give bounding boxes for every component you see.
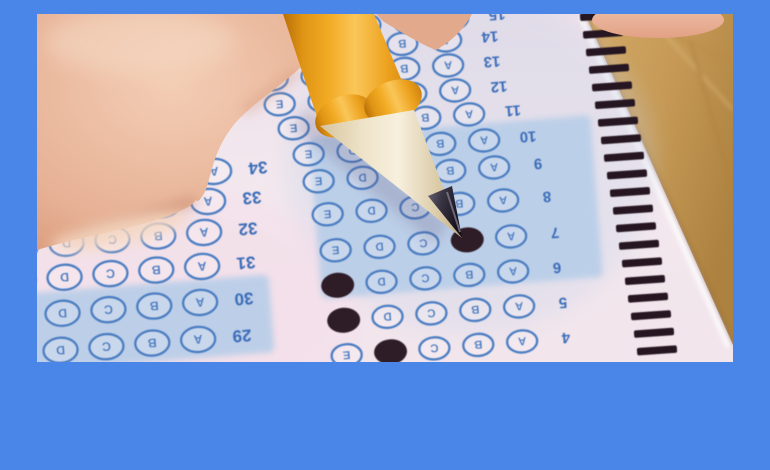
bubble-letter: A (197, 259, 207, 274)
bubble-letter: B (421, 111, 430, 124)
bubble-letter: B (436, 137, 445, 150)
bubble-letter: D (383, 309, 392, 322)
bubble-letter: A (514, 299, 523, 312)
question-number: 31 (236, 252, 256, 272)
bubble-letter: B (151, 262, 161, 277)
bubble-letter: C (430, 341, 439, 354)
bubble-letter: B (398, 37, 407, 50)
question-number: 8 (542, 187, 552, 205)
bubble-letter: E (331, 243, 340, 256)
bubble-letter: A (193, 332, 203, 347)
bubble-letter: C (101, 339, 111, 354)
question-number: 7 (550, 223, 560, 241)
bubble-letter: A (443, 58, 452, 71)
bubble-letter: A (498, 193, 507, 206)
bubble-letter: E (323, 207, 332, 220)
bubble-letter: C (421, 271, 430, 284)
bubble-letter: C (427, 306, 436, 319)
question-number: 14 (480, 27, 499, 45)
bubble-letter: A (479, 133, 488, 146)
finger-highlight (45, 10, 235, 74)
question-number: 33 (242, 187, 262, 207)
bubble-letter: D (367, 203, 376, 216)
bubble-letter: B (400, 62, 409, 75)
bubble-letter: A (489, 160, 498, 173)
bubble-letter: E (275, 97, 284, 110)
bubble-letter: C (103, 302, 113, 317)
bubble-letter: A (450, 83, 459, 96)
question-number: 12 (490, 77, 508, 95)
question-number: 5 (558, 293, 568, 311)
question-number: 34 (247, 157, 268, 177)
question-number: 13 (483, 52, 501, 70)
question-number: 9 (533, 154, 543, 172)
bubble-letter: D (377, 274, 386, 287)
bubble-letter: B (149, 298, 159, 313)
bubble-letter: B (147, 335, 157, 350)
bubble-letter: E (342, 348, 351, 361)
bubble-letter: A (203, 194, 213, 209)
question-number: 10 (519, 127, 537, 145)
bubble-letter: B (474, 338, 483, 351)
question-number: 6 (552, 258, 562, 276)
bubble-letter: B (446, 164, 455, 177)
bubble-letter: B (471, 303, 480, 316)
bubble-letter: D (55, 343, 65, 358)
bubble-letter: E (314, 174, 323, 187)
bubble-letter: A (199, 225, 209, 240)
bubble-letter: A (517, 334, 526, 347)
bubble-letter: D (57, 306, 67, 321)
bubble-letter: A (508, 264, 517, 277)
bubble-letter: B (465, 268, 474, 281)
scantron-photo-scene: 15ABCDE14ABCDE13ABCDE12ABCDE11ABCDE10ABC… (0, 0, 770, 470)
question-number: 32 (238, 218, 258, 238)
question-number: 29 (232, 325, 252, 345)
photo: 15ABCDE14ABCDE13ABCDE12ABCDE11ABCDE10ABC… (0, 0, 733, 425)
bubble-letter: C (105, 266, 115, 281)
bubble-letter: A (506, 229, 515, 242)
bubble-letter: A (195, 295, 205, 310)
question-number: 30 (234, 288, 254, 308)
bubble-letter: A (464, 107, 473, 120)
page-background: 15ABCDE14ABCDE13ABCDE12ABCDE11ABCDE10ABC… (0, 0, 770, 470)
bubble-letter: E (304, 147, 313, 160)
bubble-letter: D (59, 270, 69, 285)
bubble-letter: D (375, 239, 384, 252)
question-number: 11 (504, 101, 521, 119)
